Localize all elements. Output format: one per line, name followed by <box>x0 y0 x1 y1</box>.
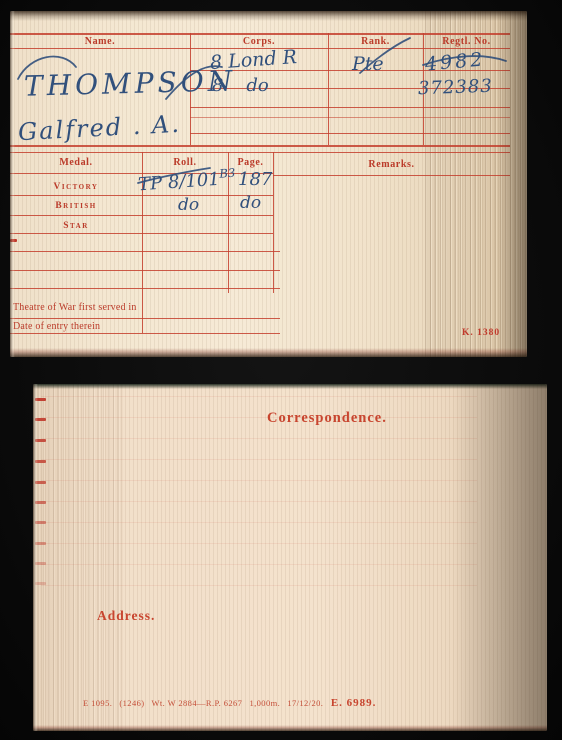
card-edge-tick <box>35 398 46 401</box>
card-edge-tick <box>35 562 46 565</box>
rule-line <box>190 107 510 108</box>
scanned-document-page: Name. Corps. Rank. Regtl. No. Medal. Rol… <box>0 0 562 740</box>
card-edge-tick <box>35 521 46 524</box>
column-header-medal: Medal. <box>10 157 142 168</box>
column-divider <box>273 152 274 293</box>
roll-entry-british: do <box>178 195 199 215</box>
card-edge-tick <box>35 481 46 484</box>
medal-card-front: Name. Corps. Rank. Regtl. No. Medal. Rol… <box>10 11 527 357</box>
page-entry-british: do <box>240 193 261 213</box>
rule-line <box>10 318 280 319</box>
card-edge-shading <box>33 725 547 731</box>
column-header-name: Name. <box>10 36 190 47</box>
card-edge-shading <box>10 348 527 357</box>
rule-line <box>10 288 280 289</box>
card-edge-tick <box>35 418 46 421</box>
card-edge-tick <box>35 460 46 463</box>
faint-ruled-lines <box>41 396 477 596</box>
rule-line <box>10 333 280 334</box>
page-entry-victory: 187 <box>238 169 272 190</box>
regtl-no-entry-1: 4982 <box>424 48 486 75</box>
theatre-of-war-label: Theatre of War first served in <box>13 302 137 313</box>
rule-line <box>10 251 280 252</box>
card-edge-shading <box>452 384 547 731</box>
column-header-regtl-no: Regtl. No. <box>423 36 510 47</box>
print-reference-text: E 1095. (1246) Wt. W 2884—R.P. 6267 1,00… <box>83 698 323 708</box>
rank-entry: Pte <box>352 53 384 75</box>
corps-entry-2: 8 do <box>212 75 269 96</box>
column-header-corps: Corps. <box>190 36 328 47</box>
card-edge-shading <box>33 384 38 731</box>
rule-line <box>10 270 280 271</box>
medal-label-victory: Victory <box>10 182 142 192</box>
correspondence-label: Correspondence. <box>267 410 387 427</box>
rule-line <box>10 33 510 35</box>
medal-label-star: Star <box>10 221 142 231</box>
column-header-remarks: Remarks. <box>273 159 510 170</box>
card-edge-shading <box>33 384 547 389</box>
column-divider <box>328 33 329 145</box>
roll-entry-superscript: B3 <box>219 166 236 181</box>
card-edge-tick <box>10 239 17 242</box>
medal-card-back: Correspondence. Address. E 1095. (1246) … <box>33 384 547 731</box>
card-edge-shading <box>497 11 527 357</box>
rule-line <box>10 152 510 153</box>
print-reference-line: E 1095. (1246) Wt. W 2884—R.P. 6267 1,00… <box>83 697 376 709</box>
rule-line <box>10 145 510 147</box>
card-stack-edge-texture <box>33 384 123 731</box>
form-code-front: K. 1380 <box>462 328 500 338</box>
card-edge-tick <box>35 501 46 504</box>
date-of-entry-label: Date of entry therein <box>13 321 100 332</box>
regtl-no-entry-2: 372383 <box>418 76 493 100</box>
address-label: Address. <box>97 608 155 624</box>
card-edge-tick <box>35 582 46 585</box>
rule-line <box>190 117 510 118</box>
card-edge-shading <box>10 11 527 21</box>
medal-label-british: British <box>10 201 142 211</box>
card-edge-tick <box>35 439 46 442</box>
paper-texture <box>33 384 547 731</box>
rule-line <box>190 133 510 134</box>
roll-entry-victory: TP 8/101B3 <box>137 166 236 196</box>
card-edge-tick <box>35 542 46 545</box>
column-header-rank: Rank. <box>328 36 423 47</box>
rule-line <box>273 175 510 176</box>
roll-entry-text: TP 8/101 <box>137 169 220 196</box>
handwritten-surname: THOMPSON <box>24 64 237 103</box>
handwritten-forename: Galfred . A. <box>17 110 181 146</box>
form-code-back: E. 6989. <box>331 697 377 709</box>
